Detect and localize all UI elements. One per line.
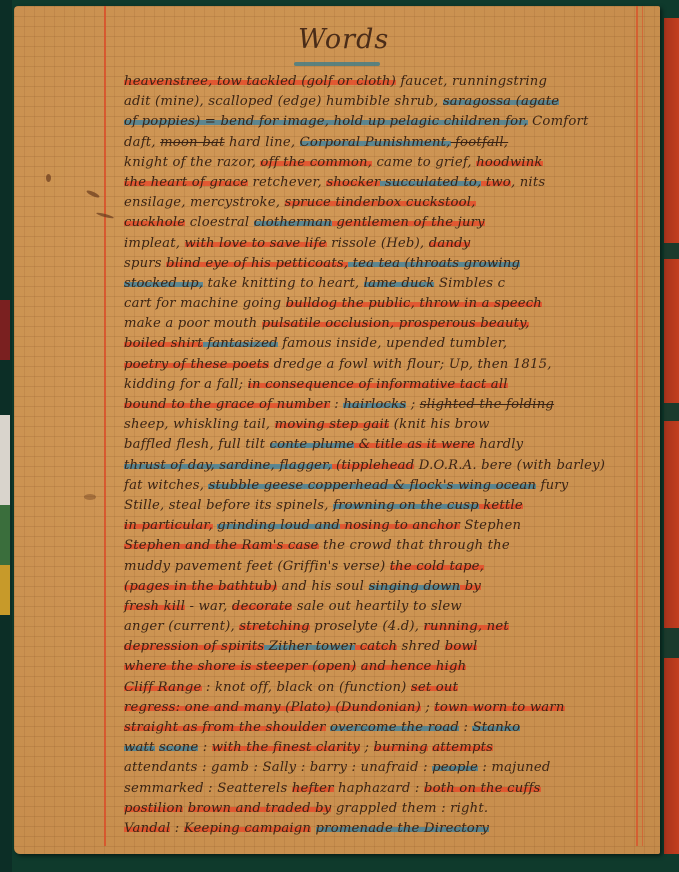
red-crayon-mark: with the finest clarity: [212, 740, 360, 755]
word-text: take knitting to heart,: [203, 276, 364, 291]
red-crayon-mark: in consequence of informative tact all: [248, 377, 508, 392]
red-crayon-mark: and hence high: [361, 659, 467, 674]
word-text: ensilage, mercystroke,: [124, 195, 285, 210]
background-left-strip: [0, 0, 12, 872]
red-crayon-mark: prosperous beauty,: [394, 316, 529, 331]
word-text: : knot off, black on (function): [202, 680, 411, 695]
red-crayon-mark: off the common,: [260, 155, 372, 170]
blue-crayon-mark: copperhead: [303, 478, 388, 493]
blue-crayon-mark: tea tea (throats growing: [348, 256, 520, 271]
red-crayon-mark: tinderbox: [331, 195, 402, 210]
word-text: Stephen: [460, 518, 521, 533]
red-crayon-mark: hoodwink: [476, 155, 542, 170]
handwritten-line: semmarked : Seatterels hefter haphazard …: [124, 779, 640, 799]
blue-crayon-mark: thrust of day,: [124, 458, 215, 473]
notebook-page: Words heavenstree, tow tackled (golf or …: [14, 6, 660, 854]
blue-crayon-mark: stocked up,: [124, 276, 203, 291]
red-crayon-mark: with love to save life: [185, 236, 327, 251]
word-text: shred: [397, 639, 445, 654]
red-crayon-mark: bulldog the public,: [286, 296, 415, 311]
blue-crayon-mark: scone: [159, 740, 198, 755]
red-crayon-mark: Stephen and the Ram's case: [124, 538, 319, 553]
red-crayon-mark: pulsatile occlusion,: [262, 316, 395, 331]
handwritten-line: poetry of these poets dredge a fowl with…: [124, 355, 640, 375]
red-crayon-mark: two: [481, 175, 511, 190]
blue-crayon-mark: saragossa (agate: [443, 94, 559, 109]
word-text: hard line,: [225, 135, 300, 150]
red-crayon-mark: blind eye of his: [166, 256, 271, 271]
handwritten-line: Stephen and the Ram's case the crowd tha…: [124, 536, 640, 556]
handwritten-line: watt scone : with the finest clarity ; b…: [124, 738, 640, 758]
word-text: sheep, whiskling tail,: [124, 417, 275, 432]
handwritten-line: regress: one and many (Plato) (Dundonian…: [124, 698, 640, 718]
yellow-tab-marker: [0, 565, 10, 615]
word-text: spurs: [124, 256, 166, 271]
red-crayon-mark: both on the cuffs: [424, 781, 541, 796]
red-crayon-mark: set out: [411, 680, 458, 695]
word-text: ;: [421, 700, 434, 715]
ink-smudge: [86, 189, 100, 199]
red-crayon-mark: cuckstool,: [402, 195, 476, 210]
red-crayon-mark: decorate: [232, 599, 292, 614]
handwritten-line: straight as from the shoulder overcome t…: [124, 718, 640, 738]
red-crayon-mark: bowl: [445, 639, 478, 654]
handwritten-line: of poppies) = bend for image, hold up pe…: [124, 112, 640, 132]
red-crayon-mark: nosing to anchor: [340, 518, 460, 533]
handwritten-line: muddy pavement feet (Griffin's verse) th…: [124, 557, 640, 577]
word-text: fury: [536, 478, 568, 493]
word-text: :: [198, 740, 211, 755]
red-crayon-mark: brown and traded by: [188, 801, 332, 816]
word-text: the crowd that through the: [319, 538, 510, 553]
handwritten-line: stocked up, take knitting to heart, lame…: [124, 274, 640, 294]
word-list: heavenstree, tow tackled (golf or cloth)…: [124, 72, 640, 839]
handwritten-line: kidding for a fall; in consequence of in…: [124, 375, 640, 395]
handwritten-line: attendants : gamb : Sally : barry : unaf…: [124, 758, 640, 778]
handwritten-line: sheep, whiskling tail, moving step gait …: [124, 415, 640, 435]
blue-crayon-mark: people: [432, 760, 478, 775]
handwritten-line: Cliff Range : knot off, black on (functi…: [124, 678, 640, 698]
red-crayon-mark: as it were: [403, 437, 475, 452]
word-text: retchever,: [248, 175, 326, 190]
blue-crayon-mark: promenade the Directory: [316, 821, 489, 836]
handwritten-line: bound to the grace of number : hairlocks…: [124, 395, 640, 415]
blue-crayon-mark: sardine, flagger,: [215, 458, 332, 473]
red-crayon-mark: hefter: [292, 781, 334, 796]
word-text: anger (current),: [124, 619, 239, 634]
red-crayon-mark: shocker: [326, 175, 380, 190]
word-text: kidding for a fall;: [124, 377, 248, 392]
red-crayon-mark: (tipplehead: [332, 458, 415, 473]
handwritten-line: make a poor mouth pulsatile occlusion, p…: [124, 314, 640, 334]
red-crayon-mark: (pages in the bathtub): [124, 579, 277, 594]
word-text: : majuned: [478, 760, 551, 775]
handwritten-line: in particular, grinding loud and nosing …: [124, 516, 640, 536]
handwritten-line: cuckhole cloestral clotherman gentlemen …: [124, 213, 640, 233]
handwritten-line: cart for machine going bulldog the publi…: [124, 294, 640, 314]
blue-crayon-mark: overcome the road: [330, 720, 459, 735]
word-text: , nits: [511, 175, 545, 190]
red-crayon-mark: burning: [374, 740, 428, 755]
word-text: :: [459, 720, 472, 735]
red-crayon-mark: spruce: [285, 195, 331, 210]
red-tab-marker: [0, 300, 10, 360]
word-text: hardly: [475, 437, 523, 452]
red-crayon-mark: & title: [354, 437, 403, 452]
red-crayon-mark: fresh kill: [124, 599, 185, 614]
red-crayon-mark: attempts: [432, 740, 493, 755]
red-crayon-mark: dandy: [429, 236, 471, 251]
word-text: cart for machine going: [124, 296, 286, 311]
word-text: and his soul: [277, 579, 368, 594]
red-crayon-mark: cuckhole: [124, 215, 185, 230]
handwritten-line: impleat, with love to save life rissole …: [124, 234, 640, 254]
word-text: semmarked : Seatterels: [124, 781, 292, 796]
handwritten-line: fresh kill - war, decorate sale out hear…: [124, 597, 640, 617]
handwritten-line: Stille, steal before its spinels, frowni…: [124, 496, 640, 516]
red-crayon-mark: Keeping campaign: [184, 821, 311, 836]
red-crayon-mark: moving step gait: [275, 417, 390, 432]
blue-crayon-mark: stubble geese: [208, 478, 303, 493]
red-crayon-mark: Cliff Range: [124, 680, 202, 695]
red-crayon-mark: where the shore is steeper (open): [124, 659, 356, 674]
red-crayon-mark: boiled shirt: [124, 336, 203, 351]
red-crayon-mark: the cold tape,: [390, 559, 484, 574]
handwritten-line: anger (current), stretching proselyte (4…: [124, 617, 640, 637]
red-crayon-mark: postilion: [124, 801, 183, 816]
red-crayon-mark: town worn to warn: [434, 700, 564, 715]
blue-crayon-mark: clotherman: [254, 215, 332, 230]
handwritten-line: Vandal : Keeping campaign promenade the …: [124, 819, 640, 839]
word-text: attendants : gamb : Sally : barry : unaf…: [124, 760, 432, 775]
handwritten-line: heavenstree, tow tackled (golf or cloth)…: [124, 72, 640, 92]
word-text: Simbles c: [434, 276, 505, 291]
blue-crayon-mark: watt: [124, 740, 155, 755]
red-crayon-mark: gentlemen of the jury: [332, 215, 485, 230]
red-crayon-mark: petticoats,: [271, 256, 348, 271]
word-text: D.O.R.A. bere (with barley): [414, 458, 605, 473]
red-crayon-mark: stretching: [239, 619, 310, 634]
blue-crayon-mark: & flock's wing ocean: [389, 478, 536, 493]
handwritten-line: baffled flesh, full tilt conte plume & t…: [124, 435, 640, 455]
green-tab-marker: [0, 505, 10, 565]
title-underline: [294, 62, 380, 66]
red-crayon-mark: tackled (golf or cloth): [246, 74, 396, 89]
ink-smudge: [46, 174, 51, 182]
left-margin-rule: [104, 6, 106, 846]
ink-smudge: [84, 494, 96, 500]
word-text: fat witches,: [124, 478, 208, 493]
blue-crayon-mark: Zither tower: [264, 639, 355, 654]
red-crayon-mark: tow: [212, 74, 246, 89]
red-crayon-mark: catch: [355, 639, 397, 654]
blue-crayon-mark: lame duck: [364, 276, 435, 291]
red-crayon-mark: by: [460, 579, 481, 594]
red-crayon-mark: depression of spirits: [124, 639, 264, 654]
red-crayon-mark: running, net: [424, 619, 509, 634]
word-text: - war,: [185, 599, 232, 614]
word-text: sale out heartily to slew: [292, 599, 462, 614]
red-crayon-mark: heavenstree,: [124, 74, 212, 89]
white-tab-marker: [0, 415, 10, 505]
word-text: cloestral: [185, 215, 253, 230]
word-text: muddy pavement feet (Griffin's verse): [124, 559, 390, 574]
handwritten-line: spurs blind eye of his petticoats, tea t…: [124, 254, 640, 274]
red-crayon-mark: Vandal: [124, 821, 170, 836]
blue-crayon-mark: fantasized: [203, 336, 278, 351]
word-text: :: [330, 397, 343, 412]
word-text: haphazard :: [334, 781, 424, 796]
red-crayon-mark: kettle: [479, 498, 523, 513]
word-text: Comfort: [528, 114, 589, 129]
word-text: faucet, runningstring: [396, 74, 547, 89]
handwritten-line: depression of spirits Zither tower catch…: [124, 637, 640, 657]
word-text: :: [170, 821, 183, 836]
handwritten-line: boiled shirt fantasized famous inside, u…: [124, 334, 640, 354]
handwritten-line: postilion brown and traded by grappled t…: [124, 799, 640, 819]
handwritten-line: adit (mine), scalloped (edge) humbible s…: [124, 92, 640, 112]
blue-crayon-mark: Corporal Punishment,: [300, 135, 451, 150]
word-text: impleat,: [124, 236, 185, 251]
word-text: ;: [406, 397, 419, 412]
handwritten-line: where the shore is steeper (open) and he…: [124, 657, 640, 677]
handwritten-line: ensilage, mercystroke, spruce tinderbox …: [124, 193, 640, 213]
red-crayon-mark: the heart of grace: [124, 175, 248, 190]
word-text: rissole (Heb),: [327, 236, 429, 251]
red-crayon-mark: bound to the grace of number: [124, 397, 330, 412]
blue-crayon-mark: hairlocks: [343, 397, 406, 412]
blue-crayon-mark: conte plume: [270, 437, 355, 452]
handwritten-line: thrust of day, sardine, flagger, (tipple…: [124, 456, 640, 476]
blue-crayon-mark: succulated to,: [380, 175, 481, 190]
word-text: came to grief,: [372, 155, 476, 170]
word-text: proselyte (4.d),: [310, 619, 424, 634]
page-title: Words: [298, 24, 389, 55]
blue-crayon-mark: of poppies) = bend for image, hold up pe…: [124, 114, 528, 129]
word-text: make a poor mouth: [124, 316, 262, 331]
notebook-cover-edge: [664, 18, 679, 854]
handwritten-line: daft, moon-bat hard line, Corporal Punis…: [124, 133, 640, 153]
handwritten-line: (pages in the bathtub) and his soul sing…: [124, 577, 640, 597]
handwritten-line: the heart of grace retchever, shocker su…: [124, 173, 640, 193]
blue-crayon-mark: frowning on the cusp: [333, 498, 479, 513]
word-text: grappled them : right.: [331, 801, 488, 816]
red-crayon-mark: in particular,: [124, 518, 213, 533]
word-text: knight of the razor,: [124, 155, 260, 170]
handwritten-line: fat witches, stubble geese copperhead & …: [124, 476, 640, 496]
red-crayon-mark: poetry of these poets: [124, 357, 269, 372]
red-crayon-mark: throw in a speech: [415, 296, 542, 311]
word-text: ;: [360, 740, 373, 755]
red-crayon-mark: regress: one and many (Plato) (Dundonian…: [124, 700, 421, 715]
word-text: dredge a fowl with flour; Up, then 1815,: [269, 357, 551, 372]
blue-crayon-mark: grinding loud and: [217, 518, 340, 533]
word-text: baffled flesh, full tilt: [124, 437, 270, 452]
struck-word: slighted the folding: [420, 397, 554, 412]
right-margin-rule-inner: [642, 6, 643, 846]
handwritten-line: knight of the razor, off the common, cam…: [124, 153, 640, 173]
word-text: [311, 821, 315, 836]
word-text: (knit his brow: [389, 417, 489, 432]
red-crayon-mark: straight as from the shoulder: [124, 720, 326, 735]
struck-word: footfall,: [451, 135, 509, 150]
word-text: daft,: [124, 135, 160, 150]
word-text: adit (mine), scalloped (edge) humbible s…: [124, 94, 443, 109]
word-text: famous inside, upended tumbler,: [278, 336, 507, 351]
blue-crayon-mark: Stanko: [472, 720, 520, 735]
struck-word: moon-bat: [160, 135, 225, 150]
word-text: Stille, steal before its spinels,: [124, 498, 333, 513]
blue-crayon-mark: singing down: [369, 579, 461, 594]
